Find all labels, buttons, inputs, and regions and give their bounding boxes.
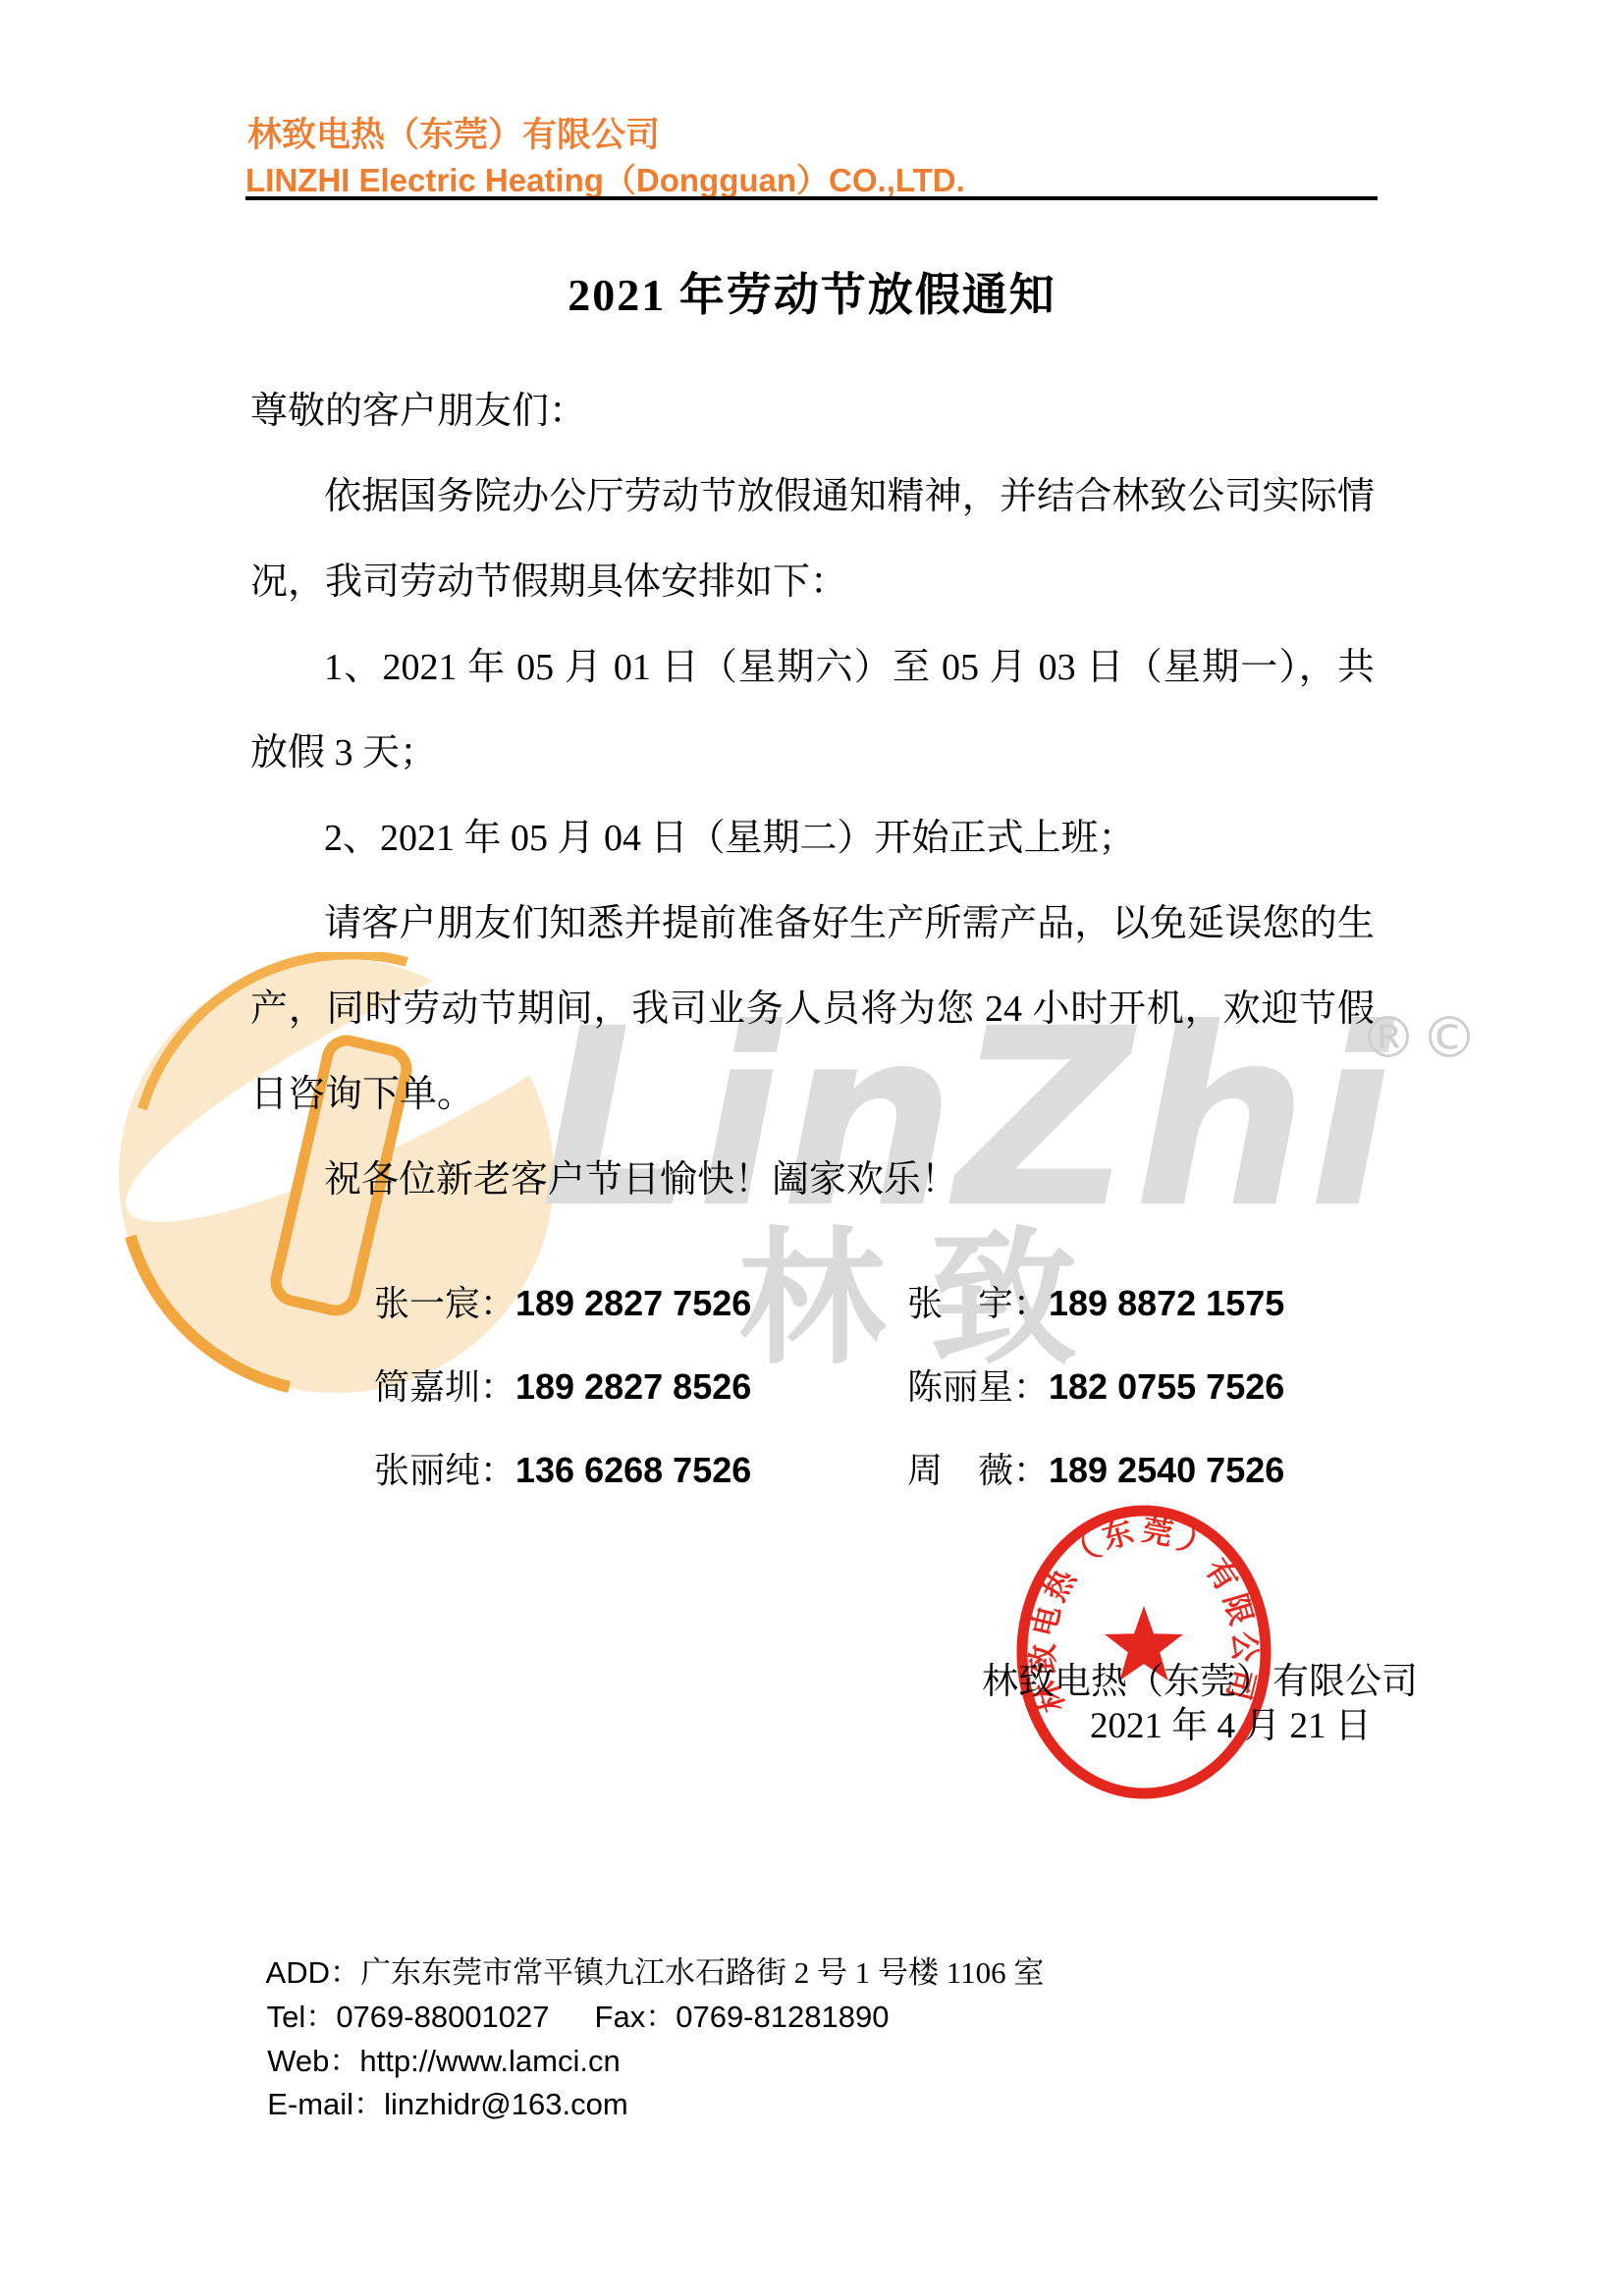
letterhead-divider xyxy=(245,196,1378,200)
body-line: 日咨询下单。 xyxy=(250,1072,474,1117)
contact-name: 陈丽星： xyxy=(907,1367,1049,1407)
contact-name: 简嘉圳： xyxy=(374,1367,515,1407)
contact-name: 张 宇： xyxy=(907,1284,1049,1323)
logo-arc-bottom xyxy=(131,1236,290,1387)
salutation: 尊敬的客户朋友们： xyxy=(250,389,586,434)
contact-phone: 189 8872 1575 xyxy=(1049,1283,1284,1323)
contact-phone: 189 2827 7526 xyxy=(515,1283,751,1323)
contact-row: 张丽纯：136 6268 7526 xyxy=(356,1406,751,1492)
footer-email-line: E-mail：linzhidr@163.com xyxy=(250,2044,628,2123)
body-line: 请客户朋友们知悉并提前准备好生产所需产品，以免延误您的生 xyxy=(324,901,1375,946)
body-line: 1、2021 年 05 月 01 日（星期六）至 05 月 03 日（星期一），… xyxy=(324,645,1375,690)
body-line: 2、2021 年 05 月 04 日（星期二）开始正式上班； xyxy=(324,816,1136,861)
contact-name: 张丽纯： xyxy=(374,1451,515,1490)
body-line: 依据国务院办公厅劳动节放假通知精神，并结合林致公司实际情 xyxy=(324,474,1375,519)
contact-phone: 182 0755 7526 xyxy=(1049,1366,1284,1407)
contact-name: 张一宸： xyxy=(374,1284,515,1323)
contact-phone: 136 6268 7526 xyxy=(515,1450,751,1490)
contact-row: 张 宇：189 8872 1575 xyxy=(890,1239,1284,1325)
contact-phone: 189 2827 8526 xyxy=(515,1366,751,1407)
footer-fax-value: 0769-81281890 xyxy=(676,2000,889,2034)
body-line: 况，我司劳动节假期具体安排如下： xyxy=(250,560,847,605)
footer-email-value: linzhidr@163.com xyxy=(384,2087,628,2121)
page: { "page": {"width": 1654, "height": 2339… xyxy=(0,0,1624,2296)
document-title: 2021 年劳动节放假通知 xyxy=(0,259,1624,324)
body-line: 产，同时劳动节期间，我司业务人员将为您 24 小时开机，欢迎节假 xyxy=(250,987,1375,1032)
body-line: 放假 3 天； xyxy=(250,730,437,775)
contact-row: 周 薇：189 2540 7526 xyxy=(890,1406,1284,1492)
footer-email-label: E-mail： xyxy=(267,2087,384,2121)
letterhead-company-cn: 林致电热（东莞）有限公司 xyxy=(247,108,660,157)
watermark-trademark-icons: ®© xyxy=(1360,1009,1482,1066)
watermark-brand-latin: LinZhi xyxy=(540,996,1392,1242)
contact-row: 简嘉圳：189 2827 8526 xyxy=(356,1322,751,1409)
contact-name: 周 薇： xyxy=(907,1451,1049,1490)
letterhead-company-en: LINZHI Electric Heating（Dongguan）CO.,LTD… xyxy=(245,155,965,201)
signature-date: 2021 年 4 月 21 日 xyxy=(1090,1695,1372,1748)
contact-row: 张一宸：189 2827 7526 xyxy=(356,1239,751,1325)
contact-row: 陈丽星：182 0755 7526 xyxy=(890,1322,1284,1409)
contact-phone: 189 2540 7526 xyxy=(1049,1450,1284,1490)
body-line: 祝各位新老客户节日愉快！阖家欢乐！ xyxy=(324,1157,958,1202)
